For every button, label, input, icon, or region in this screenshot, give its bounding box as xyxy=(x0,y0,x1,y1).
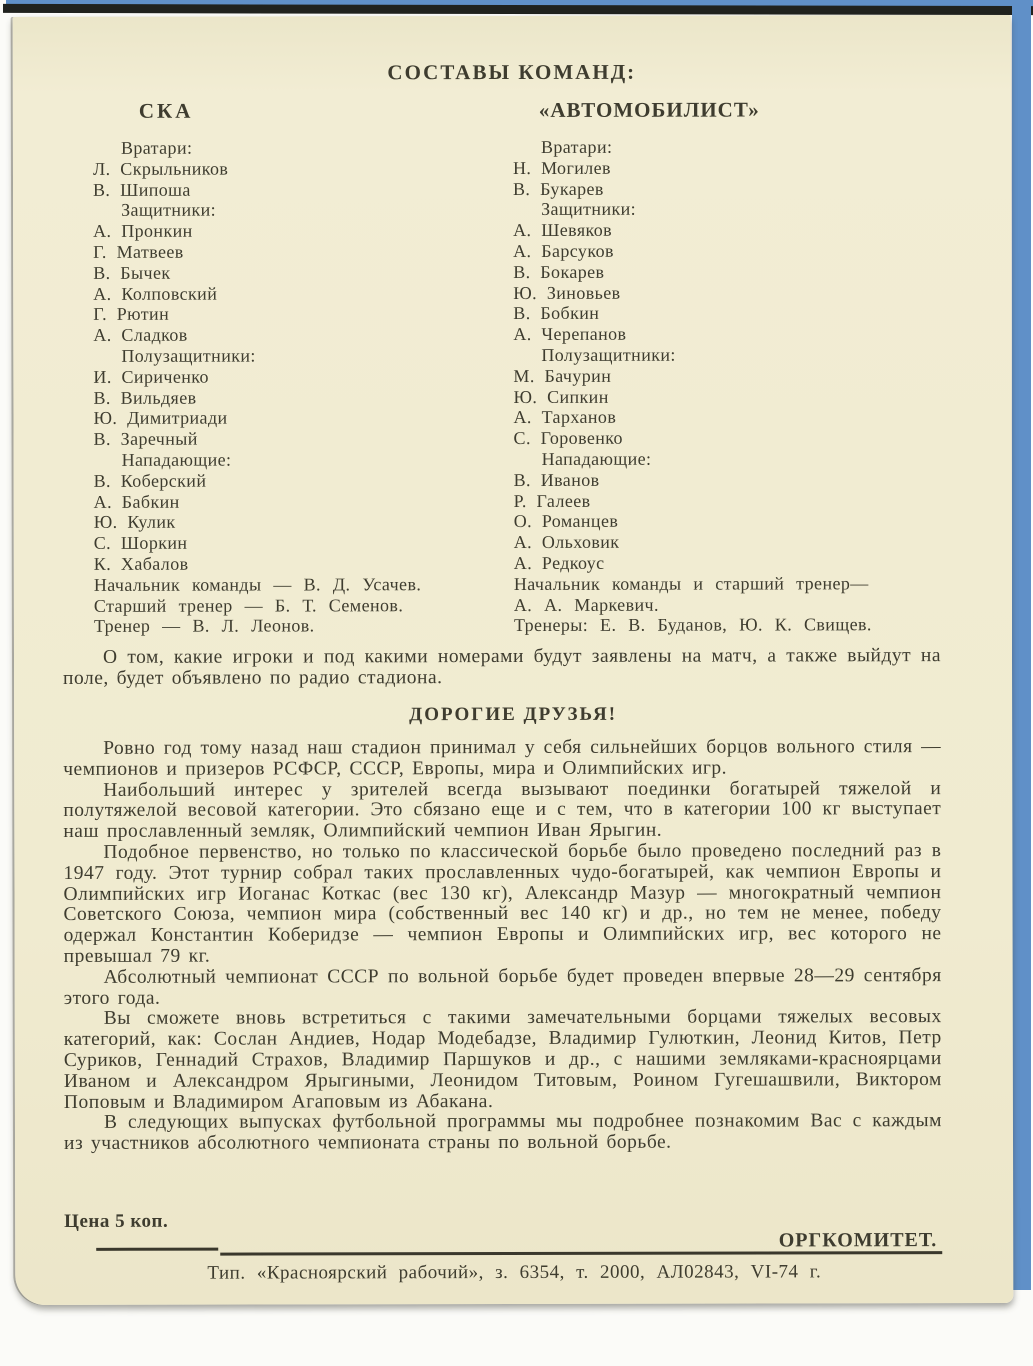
roster-player-name: Г. Матвеев xyxy=(93,241,513,263)
dear-friends-heading: ДОРОГИЕ ДРУЗЬЯ! xyxy=(14,703,1012,727)
roster-staff-line: А. А. Маркевич. xyxy=(514,594,994,616)
body-paragraph: Наибольший интерес у зрителей всегда выз… xyxy=(63,779,941,843)
body-paragraph: В следующих выпусках футбольной программ… xyxy=(64,1111,942,1154)
roster-section-label: Защитники: xyxy=(93,199,513,221)
print-shop-imprint: Тип. «Красноярский рабочий», з. 6354, т.… xyxy=(15,1261,1013,1285)
roster-player-name: О. Романцев xyxy=(514,510,994,532)
roster-player-name: А. Шевяков xyxy=(513,219,993,241)
team-roster-ska: Вратари:Л. СкрыльниковВ. ШипошаЗащитники… xyxy=(93,137,514,637)
roster-section-label: Полузащитники: xyxy=(93,345,513,367)
roster-player-name: С. Шоркин xyxy=(94,532,514,554)
roster-player-name: Ю. Сипкин xyxy=(513,386,993,408)
roster-player-name: А. Черепанов xyxy=(513,323,993,345)
roster-player-name: В. Шипоша xyxy=(93,179,513,201)
team-name-ska: СКА xyxy=(139,98,513,124)
roster-player-name: Р. Галеев xyxy=(514,490,994,512)
roster-section-label: Вратари: xyxy=(513,136,993,158)
price-label: Цена 5 коп. xyxy=(64,1211,168,1233)
booklet-cover-edge-right xyxy=(1012,6,1031,1290)
divider-rule-left xyxy=(96,1248,218,1251)
page-shadow-top xyxy=(3,4,1033,15)
roster-section-label: Нападающие: xyxy=(514,448,994,470)
team-column-avtomobilist: «АВТОМОБИЛИСТ» Вратари:Н. МогилевВ. Бука… xyxy=(513,97,994,636)
body-paragraph: Абсолютный чемпионат СССР по вольной бор… xyxy=(64,966,942,1009)
roster-player-name: В. Вильдяев xyxy=(93,387,513,409)
roster-player-name: В. Коберский xyxy=(94,470,514,492)
roster-player-name: А. Бабкин xyxy=(94,491,514,513)
roster-player-name: К. Хабалов xyxy=(94,553,514,575)
program-page: СОСТАВЫ КОМАНД: СКА Вратари:Л. Скрыльник… xyxy=(13,15,1014,1305)
roster-player-name: Ю. Кулик xyxy=(94,511,514,533)
roster-staff-line: Начальник команды и старший тренер— xyxy=(514,573,994,595)
body-paragraph: Вы сможете вновь встретиться с такими за… xyxy=(64,1007,942,1113)
roster-player-name: В. Бокарев xyxy=(513,261,993,283)
roster-staff-line: Начальник команды — В. Д. Усачев. xyxy=(94,574,514,596)
roster-player-name: Н. Могилев xyxy=(513,157,993,179)
team-name-avtomobilist: «АВТОМОБИЛИСТ» xyxy=(539,97,993,123)
team-column-ska: СКА Вратари:Л. СкрыльниковВ. ШипошаЗащит… xyxy=(93,98,514,637)
roster-player-name: Г. Рютин xyxy=(93,303,513,325)
roster-player-name: А. Тарханов xyxy=(513,406,993,428)
radio-announcement-notice: О том, какие игроки и под какими номерам… xyxy=(63,645,941,689)
roster-player-name: Ю. Зиновьев xyxy=(513,282,993,304)
roster-player-name: В. Иванов xyxy=(514,469,994,491)
team-roster-avtomobilist: Вратари:Н. МогилевВ. БукаревЗащитники:А.… xyxy=(513,136,994,636)
page-title: СОСТАВЫ КОМАНД: xyxy=(13,59,1011,86)
roster-player-name: А. Редкоус xyxy=(514,552,994,574)
roster-player-name: В. Букарев xyxy=(513,178,993,200)
roster-player-name: Ю. Димитриади xyxy=(93,407,513,429)
roster-player-name: А. Пронкин xyxy=(93,220,513,242)
roster-player-name: Л. Скрыльников xyxy=(93,158,513,180)
roster-section-label: Защитники: xyxy=(513,198,993,220)
roster-player-name: М. Бачурин xyxy=(513,365,993,387)
roster-player-name: И. Сириченко xyxy=(93,366,513,388)
roster-staff-line: Тренеры: Е. В. Буданов, Ю. К. Свищев. xyxy=(514,614,994,636)
roster-staff-line: Старший тренер — Б. Т. Семенов. xyxy=(94,595,514,617)
body-paragraph: Ровно год тому назад наш стадион принима… xyxy=(63,737,941,780)
roster-player-name: В. Бобкин xyxy=(513,302,993,324)
roster-player-name: А. Ольховик xyxy=(514,531,994,553)
roster-player-name: В. Заречный xyxy=(94,428,514,450)
roster-player-name: С. Горовенко xyxy=(514,427,994,449)
roster-player-name: А. Барсуков xyxy=(513,240,993,262)
roster-section-label: Нападающие: xyxy=(94,449,514,471)
roster-section-label: Вратари: xyxy=(93,137,513,159)
roster-player-name: А. Колповский xyxy=(93,283,513,305)
roster-staff-line: Тренер — В. Л. Леонов. xyxy=(94,615,514,637)
article-body: Ровно год тому назад наш стадион принима… xyxy=(63,737,942,1155)
roster-section-label: Полузащитники: xyxy=(513,344,993,366)
roster-player-name: В. Бычек xyxy=(93,262,513,284)
roster-player-name: А. Сладков xyxy=(93,324,513,346)
body-paragraph: Подобное первенство, но только по класси… xyxy=(63,841,941,968)
orgcommittee-signature: ОРГКОМИТЕТ. xyxy=(779,1229,938,1252)
divider-rule-right xyxy=(220,1251,942,1256)
